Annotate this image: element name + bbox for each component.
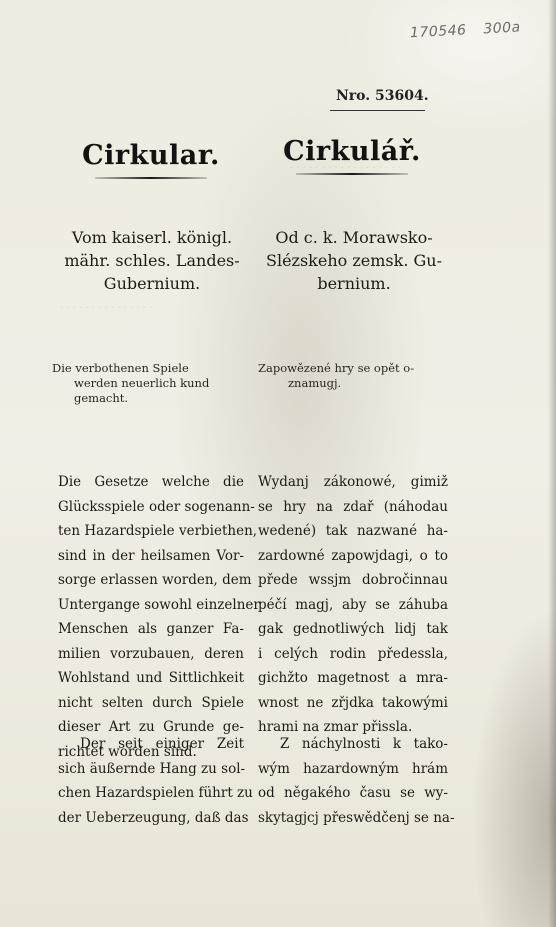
text-line: wnost ne zřjdka takowými xyxy=(258,691,448,716)
text-line: i celých rodin předessla, xyxy=(258,642,448,667)
german-title: Cirkular. xyxy=(52,140,250,171)
authority-line: mähr. schles. Landes- xyxy=(52,249,252,272)
text-line: sich äußernde Hang zu sol- xyxy=(58,757,244,782)
text-line: ten Hazardspiele verbiethen, xyxy=(58,519,244,544)
authority-line: Vom kaiserl. königl. xyxy=(52,226,252,249)
pencil-archive-note: 170546 300a xyxy=(410,19,533,41)
czech-column: Cirkulář. xyxy=(272,136,432,175)
subject-line: znamugj. xyxy=(258,376,458,391)
text-line: zardowné zapowjdagi, o to xyxy=(258,544,448,569)
text-line: od něgakého času se wy- xyxy=(258,781,448,806)
text-line: milien vorzubauen, deren xyxy=(58,642,244,667)
german-authority: Vom kaiserl. königl. mähr. schles. Lande… xyxy=(52,226,252,295)
text-line: gak gednotliwých lidj tak xyxy=(258,617,448,642)
text-line: Wydanj zákonowé, gimiž xyxy=(258,470,448,495)
text-line: der Ueberzeugung, daß das xyxy=(58,806,244,831)
authority-line: Od c. k. Morawsko- xyxy=(254,226,454,249)
czech-paragraph-1: Wydanj zákonowé, gimiž se hry na zdař (n… xyxy=(258,470,448,740)
czech-title: Cirkulář. xyxy=(272,136,432,167)
text-line: gichžto magetnost a mra- xyxy=(258,666,448,691)
subject-line: Die verbothenen Spiele xyxy=(52,361,252,376)
subject-line: werden neuerlich kund xyxy=(52,376,252,391)
czech-authority: Od c. k. Morawsko- Slézskeho zemsk. Gu- … xyxy=(254,226,454,295)
german-subject: Die verbothenen Spiele werden neuerlich … xyxy=(52,361,252,406)
text-line: chen Hazardspielen führt zu xyxy=(58,781,244,806)
text-line: sind in der heilsamen Vor- xyxy=(58,544,244,569)
text-line: nicht selten durch Spiele xyxy=(58,691,244,716)
text-line: Untergange sowohl einzelner xyxy=(58,593,244,618)
authority-line: Gubernium. xyxy=(52,272,252,295)
document-page: · · · · · · · · · · · · · · · · · · · · … xyxy=(0,0,556,927)
german-column: Cirkular. xyxy=(52,140,250,179)
text-line: Die Gesetze welche die xyxy=(58,470,244,495)
german-paragraph-2: Der seit einiger Zeit sich äußernde Hang… xyxy=(58,732,244,830)
text-line: wedené) tak nazwané ha- xyxy=(258,519,448,544)
archive-folio: 300a xyxy=(483,19,521,37)
authority-line: Slézskeho zemsk. Gu- xyxy=(254,249,454,272)
czech-title-rule xyxy=(296,173,408,175)
text-line: Wohlstand und Sittlichkeit xyxy=(58,666,244,691)
subject-line: gemacht. xyxy=(52,391,252,406)
text-line: wým hazardowným hrám xyxy=(258,757,448,782)
number-underline xyxy=(330,110,425,111)
text-line: Menschen als ganzer Fa- xyxy=(58,617,244,642)
bleed-through-text: · · · · · · · · · · · · · · · xyxy=(60,300,152,318)
page-edge-shadow xyxy=(548,0,556,927)
german-title-rule xyxy=(95,177,207,179)
text-line: Z náchylnosti k tako- xyxy=(258,732,448,757)
text-line: se hry na zdař (náhodau xyxy=(258,495,448,520)
czech-paragraph-2: Z náchylnosti k tako- wým hazardowným hr… xyxy=(258,732,448,830)
text-line: péčí magj, aby se záhuba xyxy=(258,593,448,618)
text-line: sorge erlassen worden, dem xyxy=(58,568,244,593)
subject-line: Zapowězené hry se opět o- xyxy=(258,361,458,376)
archive-number: 170546 xyxy=(410,22,467,41)
authority-line: bernium. xyxy=(254,272,454,295)
text-line: skytagjcj přeswědčenj se na- xyxy=(258,806,448,831)
text-line: přede wssjm dobročinnau xyxy=(258,568,448,593)
czech-subject: Zapowězené hry se opět o- znamugj. xyxy=(258,361,458,391)
text-line: Der seit einiger Zeit xyxy=(58,732,244,757)
german-paragraph-1: Die Gesetze welche die Glücksspiele oder… xyxy=(58,470,244,764)
text-line: Glücksspiele oder sogenann- xyxy=(58,495,244,520)
circular-number: Nro. 53604. xyxy=(336,88,429,104)
